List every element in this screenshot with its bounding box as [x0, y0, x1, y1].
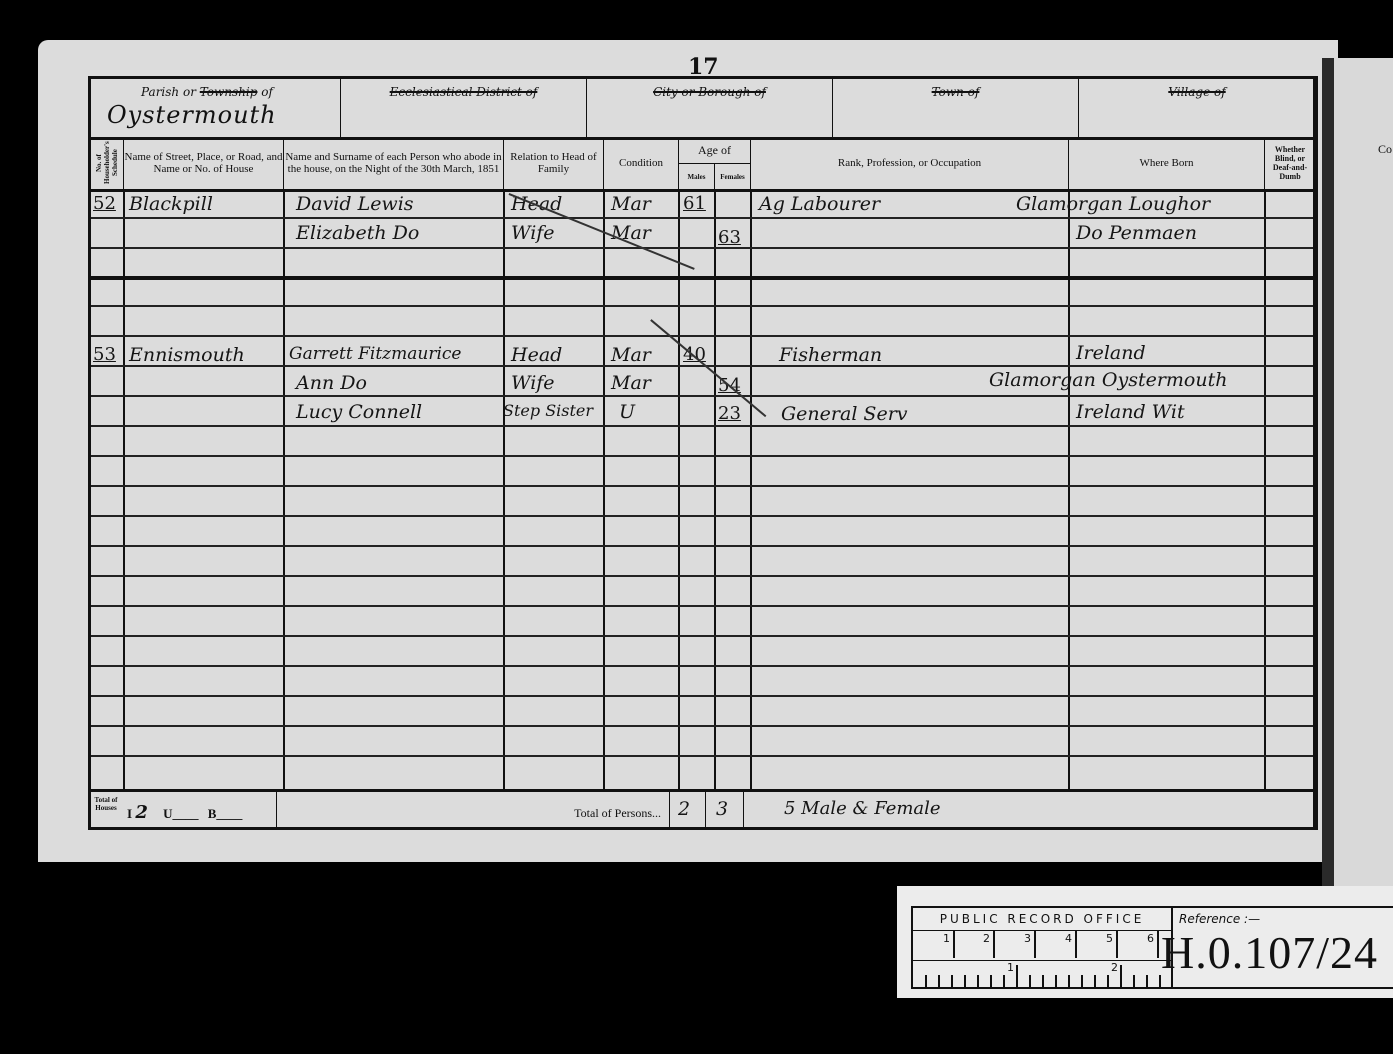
person-condition: Mar: [611, 222, 651, 244]
col-header-occupation: Rank, Profession, or Occupation: [751, 137, 1069, 189]
total-houses-label: Total of Houses: [91, 796, 121, 812]
person-name: Ann Do: [296, 372, 367, 394]
total-summary-note: 5 Male & Female: [784, 798, 941, 819]
person-relation: Wife: [511, 222, 555, 244]
schedule-number: 52: [93, 193, 116, 214]
total-females-value: 3: [716, 798, 728, 820]
person-condition: Mar: [611, 344, 651, 366]
col-header-relation: Relation to Head of Family: [504, 137, 604, 189]
village-cell: Village of: [1079, 79, 1315, 137]
houses-count: I 2 U____ B____: [127, 802, 242, 823]
col-header-blind-deaf: Whether Blind, or Deaf-and-Dumb: [1265, 137, 1315, 189]
person-relation: Step Sister: [503, 401, 593, 420]
ruler-inch-scale: 1 2: [913, 961, 1171, 989]
person-name: Lucy Connell: [296, 401, 422, 423]
town-cell: Town of: [833, 79, 1079, 137]
col-header-where-born: Where Born: [1069, 137, 1265, 189]
col-header-schedule: No. of Householder's Schedule: [91, 137, 124, 189]
totals-row: Total of Houses I 2 U____ B____ Total of…: [91, 789, 1313, 830]
col-header-name: Name and Surname of each Person who abod…: [284, 137, 504, 189]
parish-value: Oystermouth: [107, 101, 277, 129]
person-occupation: Ag Labourer: [759, 193, 880, 215]
total-males-cell: 2: [670, 792, 706, 830]
person-age-male: 61: [683, 193, 706, 214]
person-relation: Wife: [511, 372, 555, 394]
houses-inhabited-value: 2: [135, 802, 148, 823]
reference-label: Reference :—: [1179, 912, 1260, 926]
person-occupation: Fisherman: [779, 344, 882, 366]
street-name: Blackpill: [129, 193, 213, 215]
person-occupation: General Serv: [781, 403, 908, 425]
total-females-cell: 3: [706, 792, 744, 830]
person-condition: Mar: [611, 372, 651, 394]
parish-label: Parish or Township of: [141, 85, 340, 99]
city-borough-cell: City or Borough of: [587, 79, 833, 137]
total-persons-label-cell: Total of Persons...: [277, 792, 670, 830]
age-females-label: Females: [715, 164, 750, 189]
village-label: Village of: [1079, 85, 1315, 99]
person-age-female: 63: [718, 227, 741, 248]
col-header-condition: Condition: [604, 137, 679, 189]
ecclesiastical-district-label: Ecclesiastical District of: [341, 85, 586, 99]
ruler-cm-scale: 1 2 3 4 5 6: [913, 930, 1171, 961]
person-birthplace: Ireland Wit: [1076, 401, 1185, 423]
schedule-number: 53: [93, 344, 116, 365]
total-persons-label: Total of Persons...: [574, 806, 661, 821]
person-birthplace: Do Penmaen: [1076, 222, 1197, 244]
person-birthplace: Glamorgan Loughor: [1016, 193, 1210, 215]
col-header-street: Name of Street, Place, or Road, and Name…: [124, 137, 284, 189]
census-form: Parish or Township of Oystermouth Eccles…: [88, 76, 1318, 830]
pro-office-title: PUBLIC RECORD OFFICE: [913, 908, 1171, 931]
facing-page-header-fragment: Co: [1378, 142, 1392, 157]
city-borough-label: City or Borough of: [587, 85, 832, 99]
person-age-female: 23: [718, 403, 741, 424]
total-houses-cell: Total of Houses I 2 U____ B____: [91, 792, 277, 830]
person-name: David Lewis: [296, 193, 414, 215]
total-males-value: 2: [678, 798, 690, 820]
street-name: Ennismouth: [129, 344, 245, 366]
ecclesiastical-district-cell: Ecclesiastical District of: [341, 79, 587, 137]
person-birthplace: Glamorgan Oystermouth: [989, 369, 1227, 391]
town-label: Town of: [833, 85, 1078, 99]
person-birthplace: Ireland: [1076, 342, 1146, 364]
pro-ruler-box: PUBLIC RECORD OFFICE 1 2 3 4 5 6 1 2: [911, 906, 1173, 989]
person-relation: Head: [511, 344, 562, 366]
col-header-age: Age of Males Females: [679, 137, 751, 189]
person-name: Garrett Fitzmaurice: [289, 344, 461, 364]
location-header: Parish or Township of Oystermouth Eccles…: [91, 79, 1313, 140]
facing-page-edge: [1322, 58, 1393, 888]
column-header-row: No. of Householder's Schedule Name of St…: [91, 137, 1313, 192]
reference-value: H.0.107/24: [1161, 926, 1378, 979]
census-entries: 52 Blackpill David Lewis Head Mar 61 Ag …: [91, 189, 1313, 789]
reference-box: Reference :— H.0.107/24: [1173, 906, 1393, 989]
total-summary-cell: 5 Male & Female: [744, 792, 1314, 830]
age-males-label: Males: [679, 164, 715, 189]
person-condition: Mar: [611, 193, 651, 215]
person-condition: U: [619, 401, 635, 423]
age-of-label: Age of: [679, 137, 750, 164]
public-record-office-stamp: PUBLIC RECORD OFFICE 1 2 3 4 5 6 1 2: [897, 886, 1393, 998]
parish-cell: Parish or Township of Oystermouth: [91, 79, 341, 137]
tally-strike-mark: [651, 319, 767, 417]
person-name: Elizabeth Do: [296, 222, 419, 244]
